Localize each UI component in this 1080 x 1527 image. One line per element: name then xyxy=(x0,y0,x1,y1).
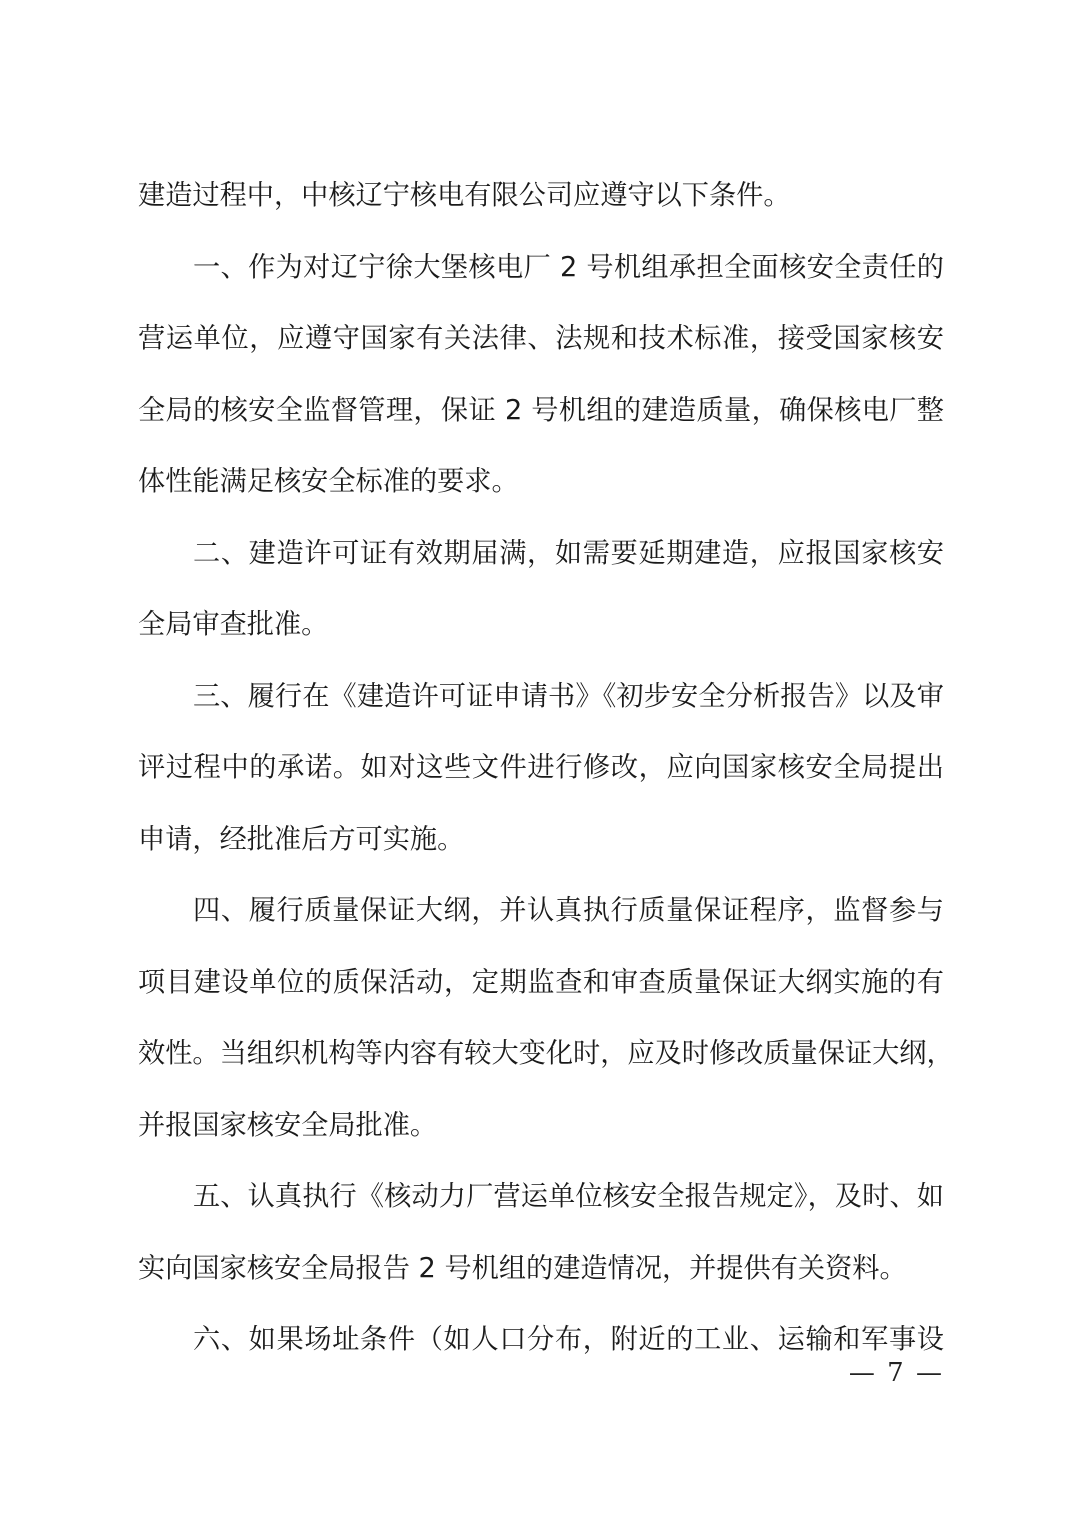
paragraph-line: 五、认真执行《核动力厂营运单位核安全报告规定》，及时、如 xyxy=(138,1161,944,1233)
document-body: 建造过程中，中核辽宁核电有限公司应遵守以下条件。 一、作为对辽宁徐大堡核电厂 2… xyxy=(138,160,944,1376)
page-number: — 7 — xyxy=(840,1358,944,1388)
paragraph-line: 一、作为对辽宁徐大堡核电厂 2 号机组承担全面核安全责任的 xyxy=(138,232,944,304)
paragraph-line: 项目建设单位的质保活动，定期监查和审查质量保证大纲实施的有 xyxy=(138,947,944,1019)
paragraph-line: 申请，经批准后方可实施。 xyxy=(138,804,944,876)
document-page: 建造过程中，中核辽宁核电有限公司应遵守以下条件。 一、作为对辽宁徐大堡核电厂 2… xyxy=(0,0,1080,1527)
paragraph-line: 并报国家核安全局批准。 xyxy=(138,1090,944,1162)
paragraph-line: 评过程中的承诺。如对这些文件进行修改，应向国家核安全局提出 xyxy=(138,732,944,804)
paragraph-line: 实向国家核安全局报告 2 号机组的建造情况，并提供有关资料。 xyxy=(138,1233,944,1305)
paragraph-line: 二、建造许可证有效期届满，如需要延期建造，应报国家核安 xyxy=(138,518,944,590)
paragraph-line: 六、如果场址条件（如人口分布，附近的工业、运输和军事设 xyxy=(138,1304,944,1376)
paragraph-line: 效性。当组织机构等内容有较大变化时，应及时修改质量保证大纲， xyxy=(138,1018,944,1090)
paragraph-line: 三、履行在《建造许可证申请书》《初步安全分析报告》以及审 xyxy=(138,661,944,733)
paragraph-line: 全局审查批准。 xyxy=(138,589,944,661)
paragraph-line: 四、履行质量保证大纲，并认真执行质量保证程序，监督参与 xyxy=(138,875,944,947)
paragraph-line: 建造过程中，中核辽宁核电有限公司应遵守以下条件。 xyxy=(138,160,944,232)
paragraph-line: 体性能满足核安全标准的要求。 xyxy=(138,446,944,518)
paragraph-line: 营运单位，应遵守国家有关法律、法规和技术标准，接受国家核安 xyxy=(138,303,944,375)
paragraph-line: 全局的核安全监督管理，保证 2 号机组的建造质量，确保核电厂整 xyxy=(138,375,944,447)
